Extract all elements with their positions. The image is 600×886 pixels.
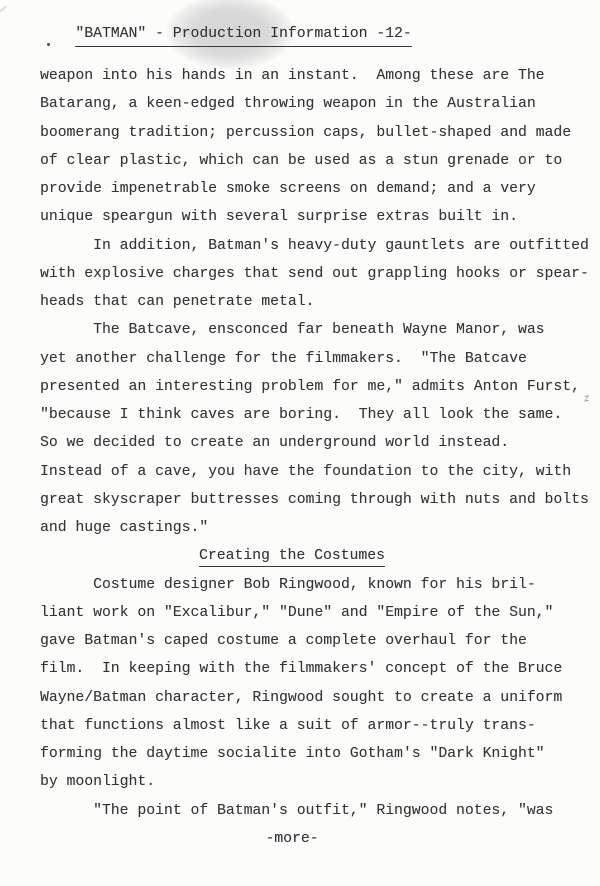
text-line: forming the daytime socialite into Gotha…	[40, 740, 544, 768]
text-line: film. In keeping with the filmmakers' co…	[40, 655, 544, 683]
section-heading: Creating the Costumes	[40, 542, 544, 570]
document-page: "BATMAN" - Production Information -12- w…	[0, 0, 600, 886]
text-line: weapon into his hands in an instant. Amo…	[40, 62, 544, 90]
text-line: that functions almost like a suit of arm…	[40, 712, 544, 740]
text-line: Costume designer Bob Ringwood, known for…	[40, 571, 544, 599]
text-line: Wayne/Batman character, Ringwood sought …	[40, 684, 544, 712]
page-footer: -more-	[40, 825, 544, 853]
text-line: In addition, Batman's heavy-duty gauntle…	[40, 232, 544, 260]
text-line: heads that can penetrate metal.	[40, 288, 544, 316]
text-line: The Batcave, ensconced far beneath Wayne…	[40, 316, 544, 344]
text-line: yet another challenge for the filmmakers…	[40, 345, 544, 373]
text-line: boomerang tradition; percussion caps, bu…	[40, 119, 544, 147]
stray-ink-dot	[47, 43, 50, 46]
text-line: "The point of Batman's outfit," Ringwood…	[40, 797, 544, 825]
text-line: So we decided to create an underground w…	[40, 429, 544, 457]
text-line: with explosive charges that send out gra…	[40, 260, 544, 288]
text-line: Instead of a cave, you have the foundati…	[40, 458, 544, 486]
text-line: liant work on "Excalibur," "Dune" and "E…	[40, 599, 544, 627]
text-line: of clear plastic, which can be used as a…	[40, 147, 544, 175]
section-heading-text: Creating the Costumes	[199, 548, 385, 567]
text-line: provide impenetrable smoke screens on de…	[40, 175, 544, 203]
document-body: weapon into his hands in an instant. Amo…	[0, 62, 600, 853]
text-line: and huge castings."	[40, 514, 544, 542]
text-line: unique speargun with several surprise ex…	[40, 203, 544, 231]
page-header-title: "BATMAN" - Production Information -12-	[75, 25, 411, 47]
text-line: gave Batman's caped costume a complete o…	[40, 627, 544, 655]
text-line: by moonlight.	[40, 768, 544, 796]
text-line: presented an interesting problem for me,…	[40, 373, 544, 401]
text-line: Batarang, a keen-edged throwing weapon i…	[40, 90, 544, 118]
text-line: great skyscraper buttresses coming throu…	[40, 486, 544, 514]
scan-edge-artifact	[0, 6, 7, 13]
page-header: "BATMAN" - Production Information -12-	[40, 6, 412, 66]
text-line: "because I think caves are boring. They …	[40, 401, 544, 429]
